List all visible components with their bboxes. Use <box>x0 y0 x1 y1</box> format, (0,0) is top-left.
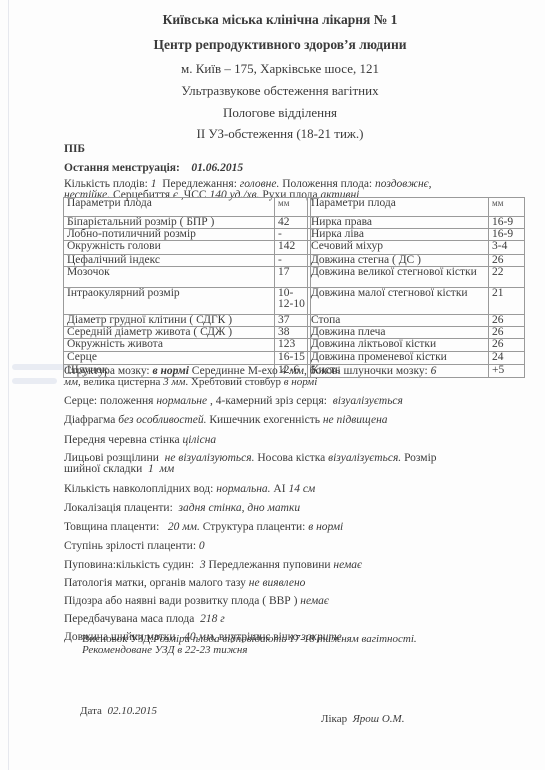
param-name: Середній діаметр живота ( СДЖ ) <box>64 327 275 339</box>
param-name: Окружність голови <box>64 241 275 255</box>
table-row: Довжина ліктьової кістки26 <box>308 339 525 352</box>
vvr-value: немає <box>300 595 329 607</box>
date-line: Дата 02.10.2015 <box>80 705 157 717</box>
heart-value: нормальне <box>156 395 207 407</box>
table-row: Довжина малої стегнової кістки21 <box>308 288 525 315</box>
exam-title: ІІ УЗ-обстеження (18-21 тиж.) <box>80 126 480 142</box>
cord-label: Пуповина:кількість судин: <box>64 559 194 571</box>
table-row: Інтраокулярний розмір10-12-10 <box>64 288 311 315</box>
nasal-label: Носова кістка <box>257 452 325 464</box>
department-name: Пологове відділення <box>80 105 480 121</box>
abdwall-line: Передня черевна стінка цілісна <box>64 434 216 446</box>
nasal-value: візуалізується. <box>328 452 401 464</box>
afluid-line: Кількість навколоплідних вод: нормальна.… <box>64 483 315 495</box>
mm-unit: мм <box>171 376 185 388</box>
column-header-param: Параметри плода <box>308 198 489 217</box>
param-value: 26 <box>489 339 525 352</box>
table-row: Стопа26 <box>308 315 525 327</box>
param-name: Довжина плеча <box>308 327 489 339</box>
column-header-param: Параметри плода <box>64 198 275 217</box>
diaphragm-value: без особливостей. <box>118 414 206 426</box>
spine-label: . Хребтовий стовбур <box>185 376 281 388</box>
diaphragm-line: Діафрагма без особливостей. Кишечник ехо… <box>64 414 388 426</box>
param-value: 3-4 <box>489 241 525 255</box>
nuchal-label-2: шийної складки <box>64 463 142 475</box>
vvr-label: Підозра або наявні вади розвитку плода (… <box>64 595 297 607</box>
doctor-line: Лікар Ярош О.М. <box>321 713 404 725</box>
ai-value: 14 см <box>288 483 315 495</box>
table-row: Довжина плеча26 <box>308 327 525 339</box>
ventricles-label: , бокові шлуночки мозку: <box>304 365 428 377</box>
param-value: 17 <box>275 267 311 288</box>
bowel-value: не підвищена <box>323 414 388 426</box>
param-value: 26 <box>489 327 525 339</box>
table-row: Довжина великої стегнової кістки22 <box>308 267 525 288</box>
param-name: Біпарієтальний розмір ( БПР ) <box>64 217 275 229</box>
cord-value: 3 <box>200 559 206 571</box>
chamber-value: візуалізується <box>333 395 403 407</box>
date-value: 02.10.2015 <box>107 705 157 717</box>
abdwall-label: Передня черевна стінка <box>64 434 180 446</box>
fetal-params-table-left: Параметри плодаммБіпарієтальний розмір (… <box>63 197 311 378</box>
param-name: Довжина стегна ( ДС ) <box>308 255 489 267</box>
lmp-label: Остання менструація: <box>64 162 180 174</box>
param-name: Окружність живота <box>64 339 275 352</box>
pathology-label: Патологія матки, органів малого тазу <box>64 577 246 589</box>
placenta-thick-value: 20 мм. <box>168 521 200 533</box>
brain-line2: мм, велика цистерна 3 мм. Хребтовий стов… <box>64 376 317 388</box>
param-name: Мозочок <box>64 267 275 288</box>
maturity-value: 0 <box>199 540 205 552</box>
nuchal-label: Розмір <box>404 452 436 464</box>
nuchal-value: 1 <box>148 463 154 475</box>
param-value: 26 <box>489 315 525 327</box>
param-value: 42 <box>275 217 311 229</box>
afluid-label: Кількість навколоплідних вод: <box>64 483 213 495</box>
param-value: +5 <box>489 365 525 378</box>
param-name: Довжина малої стегнової кістки <box>308 288 489 315</box>
spine-value: в нормі <box>284 376 318 388</box>
cleft-value: не візуалізуються. <box>165 452 255 464</box>
maturity-label: Ступінь зрілості плаценти: <box>64 540 196 552</box>
cord-pres-label: Передлежання пуповини <box>209 559 331 571</box>
param-value: 16-9 <box>489 229 525 241</box>
cisterna-label: , велика цистерна <box>78 376 160 388</box>
table-row: Довжина променевої кістки24 <box>308 352 525 365</box>
placenta-thick-line: Товщина плаценти: 20 мм. Структура плаце… <box>64 521 343 533</box>
param-value: 24 <box>489 352 525 365</box>
param-value: 37 <box>275 315 311 327</box>
recommendation-text: Рекомендоване УЗД в 22-23 тижня <box>82 644 248 656</box>
table-row: Окружність живота123 <box>64 339 311 352</box>
param-name: Довжина променевої кістки <box>308 352 489 365</box>
table-row: Нирка права16-9 <box>308 217 525 229</box>
param-value: - <box>275 229 311 241</box>
pathology-value: не виявлено <box>249 577 306 589</box>
ai-label: АІ <box>273 483 285 495</box>
column-header-unit: мм <box>275 198 311 217</box>
table-row: Цефалічний індекс- <box>64 255 311 267</box>
cord-pres-value: немає <box>333 559 362 571</box>
weight-value: 218 г <box>200 613 225 625</box>
param-name: Діаметр грудної клітини ( СДГК ) <box>64 315 275 327</box>
param-value: - <box>275 255 311 267</box>
lmp-value: 01.06.2015 <box>191 162 243 174</box>
ultrasound-report-page: Київська міська клінічна лікарня № 1 Цен… <box>0 0 545 770</box>
placenta-struct-label: Структура плаценти: <box>203 521 306 533</box>
param-value: 123 <box>275 339 311 352</box>
doctor-value: Ярош О.М. <box>353 713 405 725</box>
param-value: 16-15 <box>275 352 311 365</box>
date-label: Дата <box>80 705 102 717</box>
table-header-row: Параметри плодамм <box>308 198 525 217</box>
param-name: Довжина великої стегнової кістки <box>308 267 489 288</box>
param-name: Інтраокулярний розмір <box>64 288 275 315</box>
param-name: Нирка права <box>308 217 489 229</box>
weight-line: Передбачувана маса плода 218 г <box>64 613 225 625</box>
param-value: 22 <box>489 267 525 288</box>
param-value: 16-9 <box>489 217 525 229</box>
param-name: Нирка ліва <box>308 229 489 241</box>
param-name: Стопа <box>308 315 489 327</box>
hospital-name: Київська міська клінічна лікарня № 1 <box>80 12 480 28</box>
placenta-struct-value: в нормі <box>308 521 343 533</box>
column-header-unit: мм <box>489 198 525 217</box>
table-row: Серце16-15 <box>64 352 311 365</box>
diaphragm-label: Діафрагма <box>64 414 115 426</box>
maturity-line: Ступінь зрілості плаценти: 0 <box>64 540 205 552</box>
param-name: Довжина ліктьової кістки <box>308 339 489 352</box>
placenta-loc-value: задня стінка, дно матки <box>179 502 301 514</box>
scan-smudge <box>12 364 67 370</box>
scan-smudge <box>12 378 57 384</box>
param-value: 26 <box>489 255 525 267</box>
placenta-thick-label: Товщина плаценти: <box>64 521 159 533</box>
cord-line: Пуповина:кількість судин: 3 Передлежання… <box>64 559 362 571</box>
vvr-line: Підозра або наявні вади розвитку плода (… <box>64 595 329 607</box>
patient-name-label: ПІБ <box>64 143 85 155</box>
param-value: 38 <box>275 327 311 339</box>
heart-line: Серце: положення нормальне , 4-камерний … <box>64 395 403 407</box>
position-value: поздовжнє, <box>375 178 432 190</box>
doctor-label: Лікар <box>321 713 347 725</box>
weight-label: Передбачувана маса плода <box>64 613 194 625</box>
fetal-params-table-right: Параметри плодаммНирка права16-9Нирка лі… <box>307 197 525 378</box>
address: м. Київ – 175, Харківське шосе, 121 <box>80 61 480 77</box>
service-name: Ультразвукове обстеження вагітних <box>80 83 480 99</box>
param-name: Цефалічний індекс <box>64 255 275 267</box>
scan-edge-line <box>8 0 9 770</box>
param-name: Лобно-потиличний розмір <box>64 229 275 241</box>
pathology-line: Патологія матки, органів малого тазу не … <box>64 577 305 589</box>
placenta-loc-line: Локалізація плаценти: задня стінка, дно … <box>64 502 300 514</box>
table-row: Нирка ліва16-9 <box>308 229 525 241</box>
param-name: Серце <box>64 352 275 365</box>
table-row: Окружність голови142 <box>64 241 311 255</box>
ventricles-value: 6 <box>431 365 437 377</box>
heart-label: Серце: положення <box>64 395 153 407</box>
table-row: Середній діаметр живота ( СДЖ )38 <box>64 327 311 339</box>
param-value: 21 <box>489 288 525 315</box>
table-row: Біпарієтальний розмір ( БПР )42 <box>64 217 311 229</box>
lmp-line: Остання менструація: 01.06.2015 <box>64 162 243 174</box>
chamber-label: , 4-камерний зріз серця: <box>210 395 327 407</box>
placenta-loc-label: Локалізація плаценти: <box>64 502 173 514</box>
face-line2: шийної складки 1 мм <box>64 463 174 475</box>
table-row: Лобно-потиличний розмір- <box>64 229 311 241</box>
center-name: Центр репродуктивного здоров’я людини <box>80 37 480 53</box>
param-value: 142 <box>275 241 311 255</box>
table-header-row: Параметри плодамм <box>64 198 311 217</box>
table-row: Довжина стегна ( ДС )26 <box>308 255 525 267</box>
abdwall-value: цілісна <box>182 434 216 446</box>
table-row: Мозочок17 <box>64 267 311 288</box>
param-name: Сечовий міхур <box>308 241 489 255</box>
table-row: Діаметр грудної клітини ( СДГК )37 <box>64 315 311 327</box>
afluid-value: нормальна. <box>216 483 270 495</box>
bowel-label: Кишечник ехогенність <box>209 414 320 426</box>
conclusion-line2: Рекомендоване УЗД в 22-23 тижня <box>82 645 248 656</box>
param-value: 10-12-10 <box>275 288 311 315</box>
mm-unit: мм <box>64 376 78 388</box>
cisterna-value: 3 <box>163 376 169 388</box>
table-row: Сечовий міхур3-4 <box>308 241 525 255</box>
mm-unit: мм <box>160 463 175 475</box>
